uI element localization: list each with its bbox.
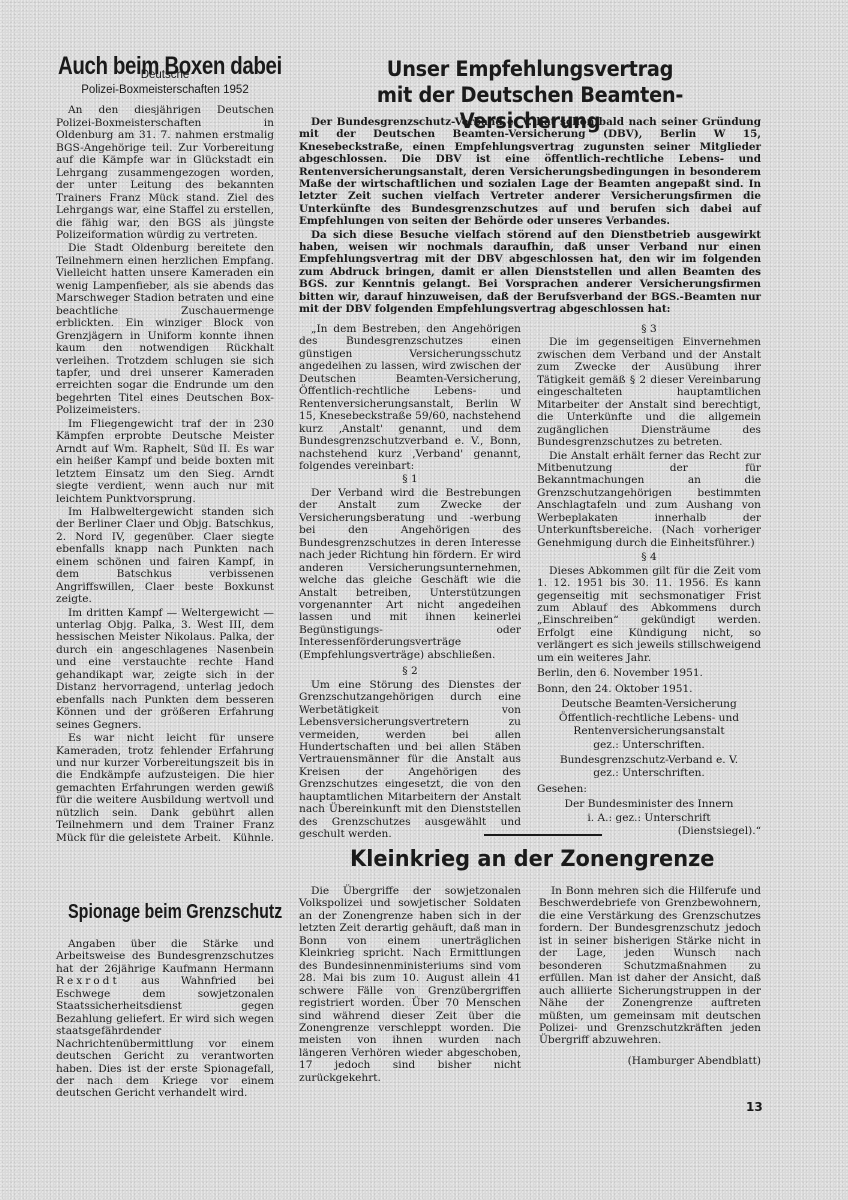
paragraph: Der Bundesgrenzschutz-Verband e. V. hat …: [299, 116, 761, 228]
article-dbv-intro: Der Bundesgrenzschutz-Verband e. V. hat …: [299, 116, 761, 316]
date-bonn: Bonn, den 24. Oktober 1951.: [537, 683, 761, 695]
paragraph: Dieses Abkommen gilt für die Zeit vom 1.…: [537, 565, 761, 665]
paragraph: Im dritten Kampf — Weltergewicht — unter…: [56, 607, 274, 732]
paragraph: Im Halbweltergewicht standen sich der Be…: [56, 506, 274, 606]
signatory-1-signature: gez.: Unterschriften.: [537, 739, 761, 751]
title-line-1: Unser Empfehlungsvertrag: [318, 56, 741, 82]
contract-preamble: „In dem Bestreben, den Angehörigen des B…: [299, 323, 521, 472]
contract-column-1: „In dem Bestreben, den Angehörigen des B…: [299, 323, 521, 841]
contract-column-2: § 3 Die im gegenseitigen Einvernehmen zw…: [537, 323, 761, 838]
paragraph: Die Anstalt erhält ferner das Recht zur …: [537, 450, 761, 550]
paragraph: Im Fliegengewicht traf der in 230 Kämpfe…: [56, 418, 274, 505]
page-number: 13: [746, 1100, 763, 1114]
paragraph: Angaben über die Stärke und Arbeitsweise…: [56, 938, 274, 1100]
text-segment: aus Wahnfried bei Eschwege dem sowjetzon…: [56, 975, 274, 1099]
paragraph: Da sich diese Besuche vielfach störend a…: [299, 229, 761, 316]
article-boxing: Auch beim Boxen dabei Deutsche Polizei-B…: [56, 60, 274, 845]
section-heading: § 4: [537, 551, 761, 563]
text-segment: Angaben über die Stärke und Arbeitsweise…: [56, 938, 274, 975]
minister-signature: i. A.: gez.: Unterschrift: [537, 812, 761, 824]
signatory-1-line-2: Öffentlich-rechtliche Lebens- und: [537, 712, 761, 724]
paragraph: Es war nicht leicht für unsere Kameraden…: [56, 732, 274, 844]
paragraph: An den diesjährigen Deutschen Polizei-Bo…: [56, 104, 274, 241]
signatory-1: Deutsche Beamten-Versicherung: [537, 698, 761, 710]
kleinkrieg-column-2: In Bonn mehren sich die Hilferufe und Be…: [539, 885, 761, 1067]
signatory-2: Bundesgrenzschutz-Verband e. V.: [537, 754, 761, 766]
subtitle-line-2: Polizei-Boxmeisterschaften 1952: [56, 83, 274, 98]
article-boxing-title: Auch beim Boxen dabei: [58, 60, 235, 72]
kleinkrieg-column-1: Die Übergriffe der sowjetzonalen Volkspo…: [299, 885, 521, 1084]
signatory-1-line-3: Rentenversicherungsanstalt: [537, 725, 761, 737]
signatory-2-signature: gez.: Unterschriften.: [537, 767, 761, 779]
article-source: (Hamburger Abendblatt): [539, 1055, 761, 1067]
paragraph: Die im gegenseitigen Einvernehmen zwisch…: [537, 336, 761, 448]
paragraph: Um eine Störung des Dienstes der Grenzsc…: [299, 679, 521, 841]
minister: Der Bundesminister des Innern: [537, 798, 761, 810]
article-spionage-title: Spionage beim Grenzschutz: [68, 901, 282, 924]
article-spionage: Angaben über die Stärke und Arbeitsweise…: [56, 938, 274, 1100]
date-berlin: Berlin, den 6. November 1951.: [537, 667, 761, 679]
paragraph: Der Verband wird die Bestrebungen der An…: [299, 487, 521, 661]
seen-label: Gesehen:: [537, 783, 761, 795]
article-kleinkrieg-title: Kleinkrieg an der Zonengrenze: [350, 847, 714, 872]
spaced-name: Rexrodt: [56, 975, 120, 987]
section-divider: [484, 834, 602, 836]
section-heading: § 1: [299, 473, 521, 485]
paragraph: In Bonn mehren sich die Hilferufe und Be…: [539, 885, 761, 1047]
paragraph: Die Stadt Oldenburg bereitete den Teilne…: [56, 242, 274, 416]
section-heading: § 2: [299, 665, 521, 677]
section-heading: § 3: [537, 323, 761, 335]
paragraph: Die Übergriffe der sowjetzonalen Volkspo…: [299, 885, 521, 1084]
